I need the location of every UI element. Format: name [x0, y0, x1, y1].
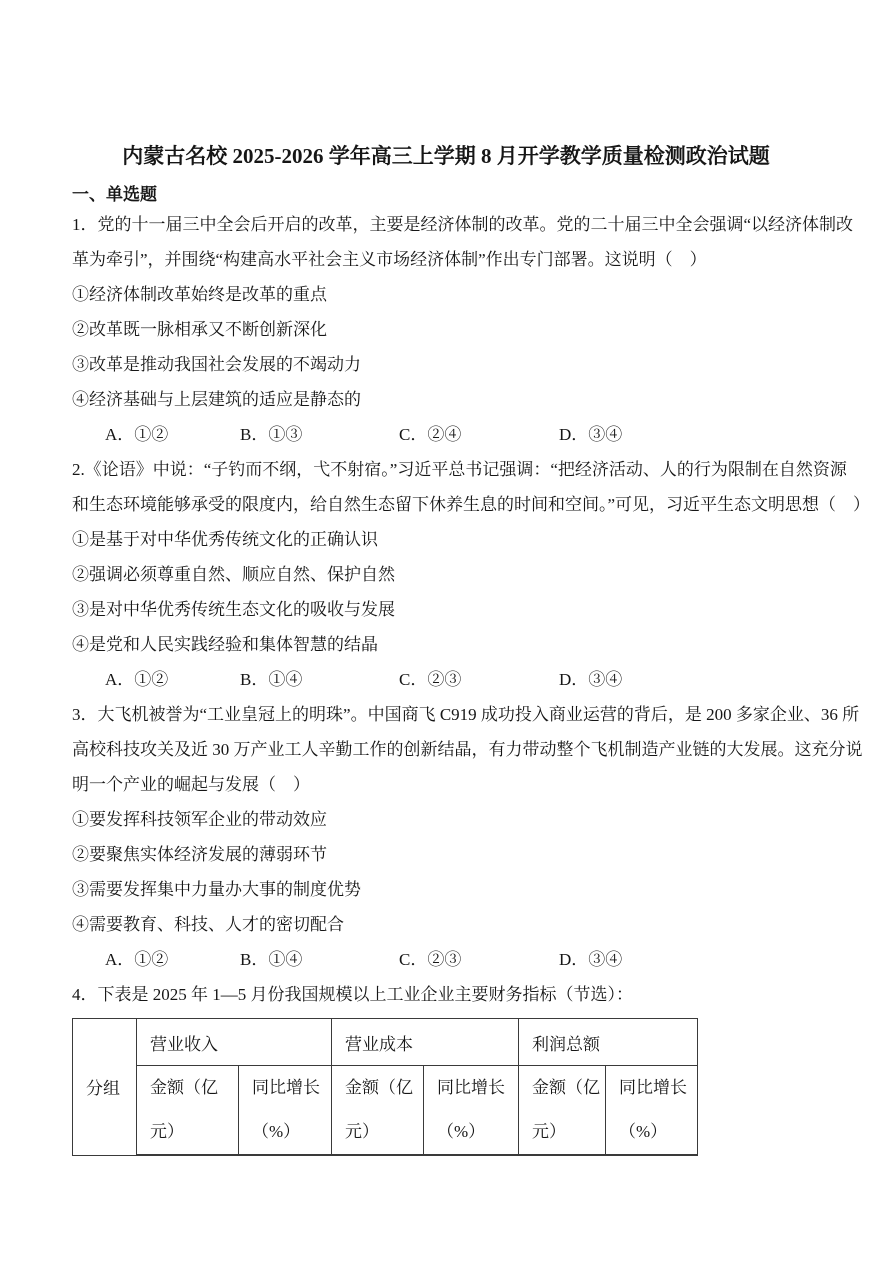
question-3: 3．大飞机被誉为“工业皇冠上的明珠”。中国商飞 C919 成功投入商业运营的背后… [72, 697, 820, 977]
subheader-line: 同比增长 [252, 1066, 331, 1110]
option-item: ①经济体制改革始终是改革的重点 [72, 277, 820, 312]
choices-row: A．①② B．①③ C．②④ D．③④ [72, 417, 820, 452]
choice-b: B．①③ [240, 417, 399, 452]
subheader-line: 金额（亿 [345, 1066, 423, 1110]
subheader-line: （%） [252, 1110, 331, 1154]
subheader-line: （%） [619, 1110, 697, 1154]
table-subheader-amount: 金额（亿 元） [137, 1066, 239, 1156]
option-item: ②强调必须尊重自然、顺应自然、保护自然 [72, 557, 820, 592]
option-item: ③是对中华优秀传统生态文化的吸收与发展 [72, 592, 820, 627]
choice-d: D．③④ [559, 417, 622, 452]
table-group-header-cost: 营业成本 [332, 1019, 519, 1066]
subheader-line: 金额（亿 [150, 1066, 238, 1110]
table-subheader-growth: 同比增长 （%） [424, 1066, 519, 1156]
question-stem-line: 革为牵引”，并围绕“构建高水平社会主义市场经济体制”作出专门部署。这说明（ ） [72, 242, 820, 277]
subheader-line: （%） [437, 1110, 518, 1154]
table-subheader-growth: 同比增长 （%） [606, 1066, 698, 1156]
subheader-line: 元） [532, 1110, 605, 1154]
table-subheader-amount: 金额（亿 元） [332, 1066, 424, 1156]
table-row-header: 分组 [73, 1019, 137, 1156]
option-item: ③改革是推动我国社会发展的不竭动力 [72, 347, 820, 382]
subheader-line: 同比增长 [437, 1066, 518, 1110]
option-item: ④经济基础与上层建筑的适应是静态的 [72, 382, 820, 417]
table-group-header-revenue: 营业收入 [137, 1019, 332, 1066]
option-item: ④是党和人民实践经验和集体智慧的结晶 [72, 627, 820, 662]
question-stem-line: 3．大飞机被誉为“工业皇冠上的明珠”。中国商飞 C919 成功投入商业运营的背后… [72, 697, 820, 732]
question-1: 1．党的十一届三中全会后开启的改革，主要是经济体制的改革。党的二十届三中全会强调… [72, 207, 820, 452]
subheader-line: 元） [345, 1110, 423, 1154]
choice-a: A．①② [105, 662, 240, 697]
exam-page: 内蒙古名校 2025-2026 学年高三上学期 8 月开学教学质量检测政治试题 … [0, 0, 893, 1263]
question-stem-line: 2.《论语》中说：“子钓而不纲，弋不射宿。”习近平总书记强调：“把经济活动、人的… [72, 452, 820, 487]
question-stem-line: 明一个产业的崛起与发展（ ） [72, 767, 820, 802]
option-item: ②改革既一脉相承又不断创新深化 [72, 312, 820, 347]
choice-a: A．①② [105, 417, 240, 452]
option-item: ④需要教育、科技、人才的密切配合 [72, 907, 820, 942]
option-item: ③需要发挥集中力量办大事的制度优势 [72, 872, 820, 907]
question-stem-line: 高校科技攻关及近 30 万产业工人辛勤工作的创新结晶，有力带动整个飞机制造产业链… [72, 732, 820, 767]
table-subheader-growth: 同比增长 （%） [239, 1066, 332, 1156]
choice-c: C．②④ [399, 417, 559, 452]
question-stem-line: 4．下表是 2025 年 1—5 月份我国规模以上工业企业主要财务指标（节选）： [72, 977, 820, 1012]
choice-b: B．①④ [240, 942, 399, 977]
choice-c: C．②③ [399, 942, 559, 977]
table-group-header-profit: 利润总额 [519, 1019, 698, 1066]
question-stem-line: 和生态环境能够承受的限度内，给自然生态留下休养生息的时间和空间。”可见，习近平生… [72, 487, 820, 522]
subheader-line: 元） [150, 1110, 238, 1154]
choice-a: A．①② [105, 942, 240, 977]
option-item: ②要聚焦实体经济发展的薄弱环节 [72, 837, 820, 872]
choice-b: B．①④ [240, 662, 399, 697]
table-subheader-amount: 金额（亿 元） [519, 1066, 606, 1156]
choices-row: A．①② B．①④ C．②③ D．③④ [72, 662, 820, 697]
exam-title: 内蒙古名校 2025-2026 学年高三上学期 8 月开学教学质量检测政治试题 [72, 141, 820, 171]
financial-indicators-table: 分组 营业收入 营业成本 利润总额 金额（亿 元） 同比增长 （%） 金额（亿 … [72, 1018, 698, 1156]
subheader-line: 同比增长 [619, 1066, 697, 1110]
choices-row: A．①② B．①④ C．②③ D．③④ [72, 942, 820, 977]
question-2: 2.《论语》中说：“子钓而不纲，弋不射宿。”习近平总书记强调：“把经济活动、人的… [72, 452, 820, 697]
subheader-line: 金额（亿 [532, 1066, 605, 1110]
option-item: ①是基于对中华优秀传统文化的正确认识 [72, 522, 820, 557]
option-item: ①要发挥科技领军企业的带动效应 [72, 802, 820, 837]
choice-c: C．②③ [399, 662, 559, 697]
choice-d: D．③④ [559, 942, 622, 977]
question-4: 4．下表是 2025 年 1—5 月份我国规模以上工业企业主要财务指标（节选）： [72, 977, 820, 1012]
section-heading: 一、单选题 [72, 183, 820, 207]
question-stem-line: 1．党的十一届三中全会后开启的改革，主要是经济体制的改革。党的二十届三中全会强调… [72, 207, 820, 242]
choice-d: D．③④ [559, 662, 622, 697]
